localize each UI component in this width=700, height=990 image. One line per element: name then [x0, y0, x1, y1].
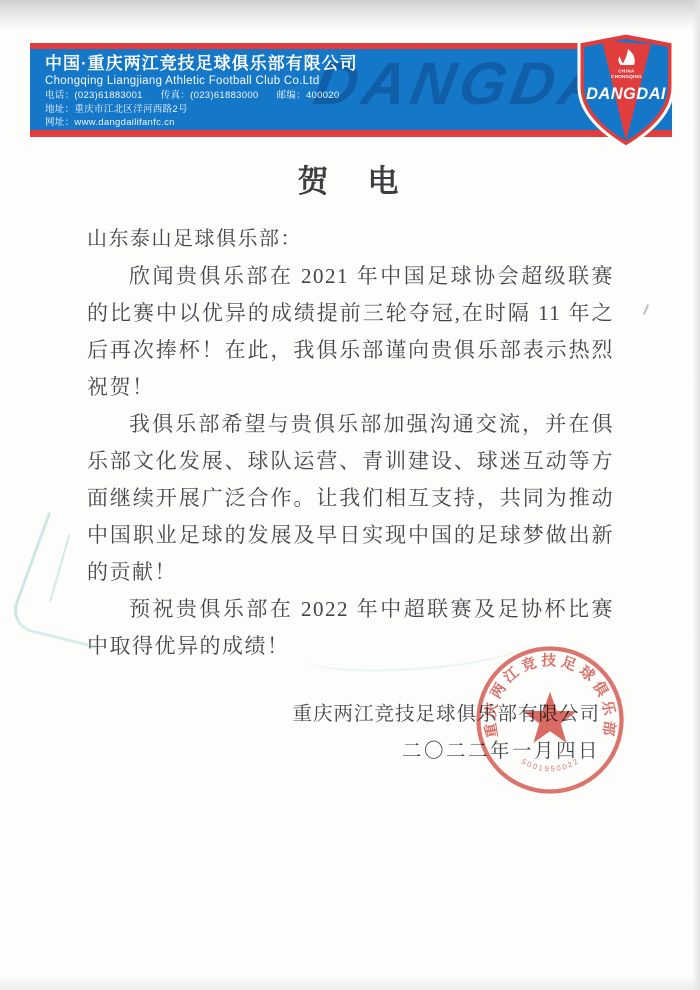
scan-artifact-mark [643, 304, 649, 315]
crest-emblem-line1: CHINA [618, 69, 635, 74]
zip-value: 400020 [306, 90, 340, 101]
paragraph-2: 我俱乐部希望与贵俱乐部加强沟通交流，并在俱乐部文化发展、球队运营、青训建设、球迷… [87, 406, 614, 591]
fax-label: 传真： [161, 90, 190, 101]
crest-emblem-line2: CHONGQING [611, 74, 642, 79]
paragraph-1: 欣闻贵俱乐部在 2021 年中国足球协会超级联赛的比赛中以优异的成绩提前三轮夺冠… [87, 258, 614, 406]
scan-edge-right [692, 0, 700, 990]
scan-edge-bottom [0, 976, 700, 990]
letter-body: 山东泰山足球俱乐部： 欣闻贵俱乐部在 2021 年中国足球协会超级联赛的比赛中以… [87, 221, 614, 665]
address-value: 重庆市江北区洋河西路2号 [74, 104, 187, 115]
scan-edge-top [0, 0, 700, 30]
zip-label: 邮编： [277, 90, 306, 101]
letter-title: 贺 电 [0, 156, 700, 201]
seal-star [523, 692, 577, 743]
crest-brand-text: DANGDAI [586, 85, 666, 103]
website-value: www.dangdailifanfc.cn [74, 117, 174, 128]
salutation: 山东泰山足球俱乐部： [87, 221, 614, 258]
fax-value: (023)61883000 [190, 90, 258, 101]
phone-value: (023)61883001 [74, 90, 142, 101]
phone-label: 电话： [45, 90, 74, 101]
website-label: 网址： [45, 117, 74, 128]
address-label: 地址： [45, 104, 74, 115]
scanned-letter-page: DANGDAI 中国·重庆两江竞技足球俱乐部有限公司 Chongqing Lia… [0, 0, 700, 990]
official-seal: 重庆两江竞技足球俱乐部有限公司 5001950022526 [470, 640, 630, 800]
club-crest: CHINA CHONGQING DANGDAI [573, 31, 679, 149]
